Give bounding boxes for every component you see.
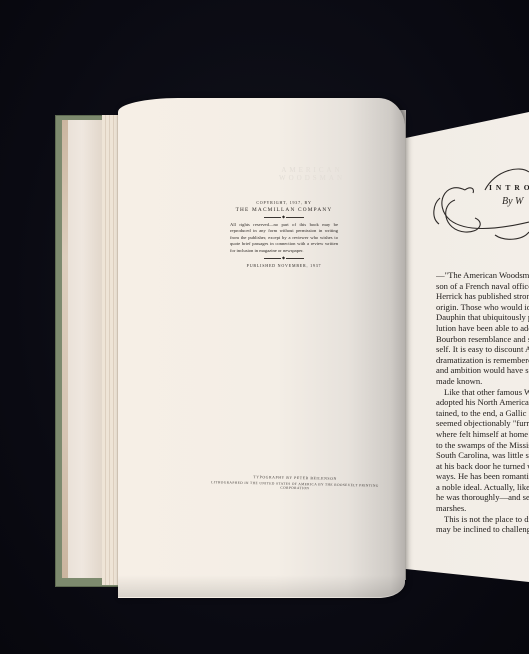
text-line: lution have been able to adduce [436, 323, 529, 334]
endpaper-stain [62, 120, 68, 578]
endpaper [62, 120, 102, 578]
book-photo: AMERICAN WOODSMAN COPYRIGHT, 1937, BY TH… [0, 0, 529, 654]
text-line: made known. [436, 376, 529, 387]
text-line: adopted his North American he [436, 397, 529, 408]
show-through-title: AMERICAN WOODSMAN [262, 166, 362, 182]
text-line: South Carolina, was little short [436, 450, 529, 461]
text-line: at his back door he turned with [436, 461, 529, 472]
text-line: dramatization is remembered, a [436, 355, 529, 366]
text-line: ways. He has been romanticize [436, 471, 529, 482]
text-line: origin. Those who would identi [436, 302, 529, 313]
text-line: tained, to the end, a Gallic seas [436, 408, 529, 419]
rights-notice: All rights reserved—no part of this book… [228, 222, 340, 254]
ornament-rule [264, 217, 304, 218]
ornament-rule [264, 258, 304, 259]
text-line: Like that other famous Wes [436, 387, 529, 398]
published-line: PUBLISHED NOVEMBER, 1937 [228, 263, 340, 268]
text-line: Herrick has published strong doc [436, 291, 529, 302]
text-line: Dauphin that ubiquitously popp [436, 312, 529, 323]
text-line: and ambition would have suffere [436, 365, 529, 376]
text-line: marshes. [436, 503, 529, 514]
text-line: he was thoroughly—and selfi [436, 492, 529, 503]
introduction-text: —"The American Woodsman"— son of a Frenc… [436, 270, 529, 535]
copyright-line: COPYRIGHT, 1937, BY [228, 200, 340, 205]
text-line: Bourbon resemblance and sever [436, 334, 529, 345]
publisher-name: THE MACMILLAN COMPANY [228, 207, 340, 213]
text-line: seemed objectionably "furrin" [436, 418, 529, 429]
text-line: This is not the place to dila [436, 514, 529, 525]
text-line: may be inclined to challenge S [436, 524, 529, 535]
text-line: where felt himself at home exc [436, 429, 529, 440]
text-line: son of a French naval officer and [436, 281, 529, 292]
text-line: a noble ideal. Actually, like ma [436, 482, 529, 493]
copyright-block: COPYRIGHT, 1937, BY THE MACMILLAN COMPAN… [228, 200, 340, 268]
introduction-heading: INTRO [489, 183, 529, 192]
author-byline: By W [502, 196, 523, 207]
text-line: self. It is easy to discount Audu [436, 344, 529, 355]
text-line: —"The American Woodsman"— [436, 270, 529, 281]
text-line: to the swamps of the Mississipp [436, 440, 529, 451]
page-curl-shadow [118, 575, 405, 597]
